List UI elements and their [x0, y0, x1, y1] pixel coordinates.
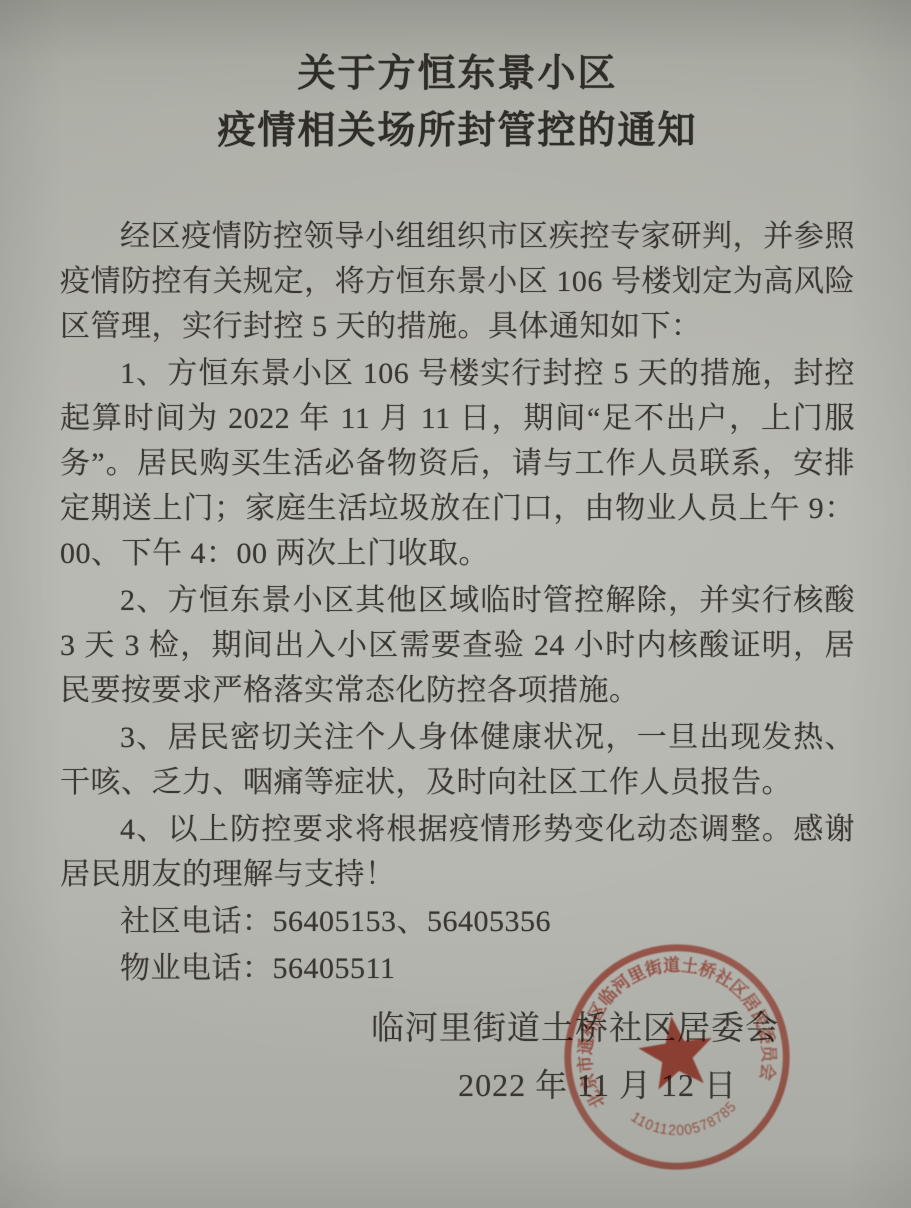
notice-paragraph-intro: 经区疫情防控领导小组组织市区疾控专家研判，并参照疫情防控有关规定，将方恒东景小区… [60, 214, 855, 349]
official-seal: 北京市通州区临河里街道土桥社区居民委员会 11011200578785 [545, 925, 809, 1189]
notice-document: 关于方恒东景小区 疫情相关场所封管控的通知 经区疫情防控领导小组组织市区疾控专家… [0, 0, 911, 1208]
notice-paragraph-item3: 3、居民密切关注个人身体健康状况，一旦出现发热、干咳、乏力、咽痛等症状，及时向社… [60, 715, 855, 805]
notice-title: 关于方恒东景小区 疫情相关场所封管控的通知 [60, 46, 855, 160]
seal-serial-number: 11011200578785 [626, 1095, 743, 1146]
notice-paragraph-item1: 1、方恒东景小区 106 号楼实行封控 5 天的措施，封控起算时间为 2022 … [60, 351, 855, 576]
seal-star-icon [635, 1011, 718, 1091]
notice-paragraph-item2: 2、方恒东景小区其他区域临时管控解除，并实行核酸 3 天 3 检，期间出入小区需… [60, 578, 855, 713]
notice-title-line2: 疫情相关场所封管控的通知 [60, 103, 855, 160]
notice-paragraph-item4: 4、以上防控要求将根据疫情形势变化动态调整。感谢居民朋友的理解与支持！ [60, 807, 855, 897]
official-seal-graphic: 北京市通州区临河里街道土桥社区居民委员会 11011200578785 [545, 925, 809, 1189]
notice-title-line1: 关于方恒东景小区 [60, 46, 855, 103]
